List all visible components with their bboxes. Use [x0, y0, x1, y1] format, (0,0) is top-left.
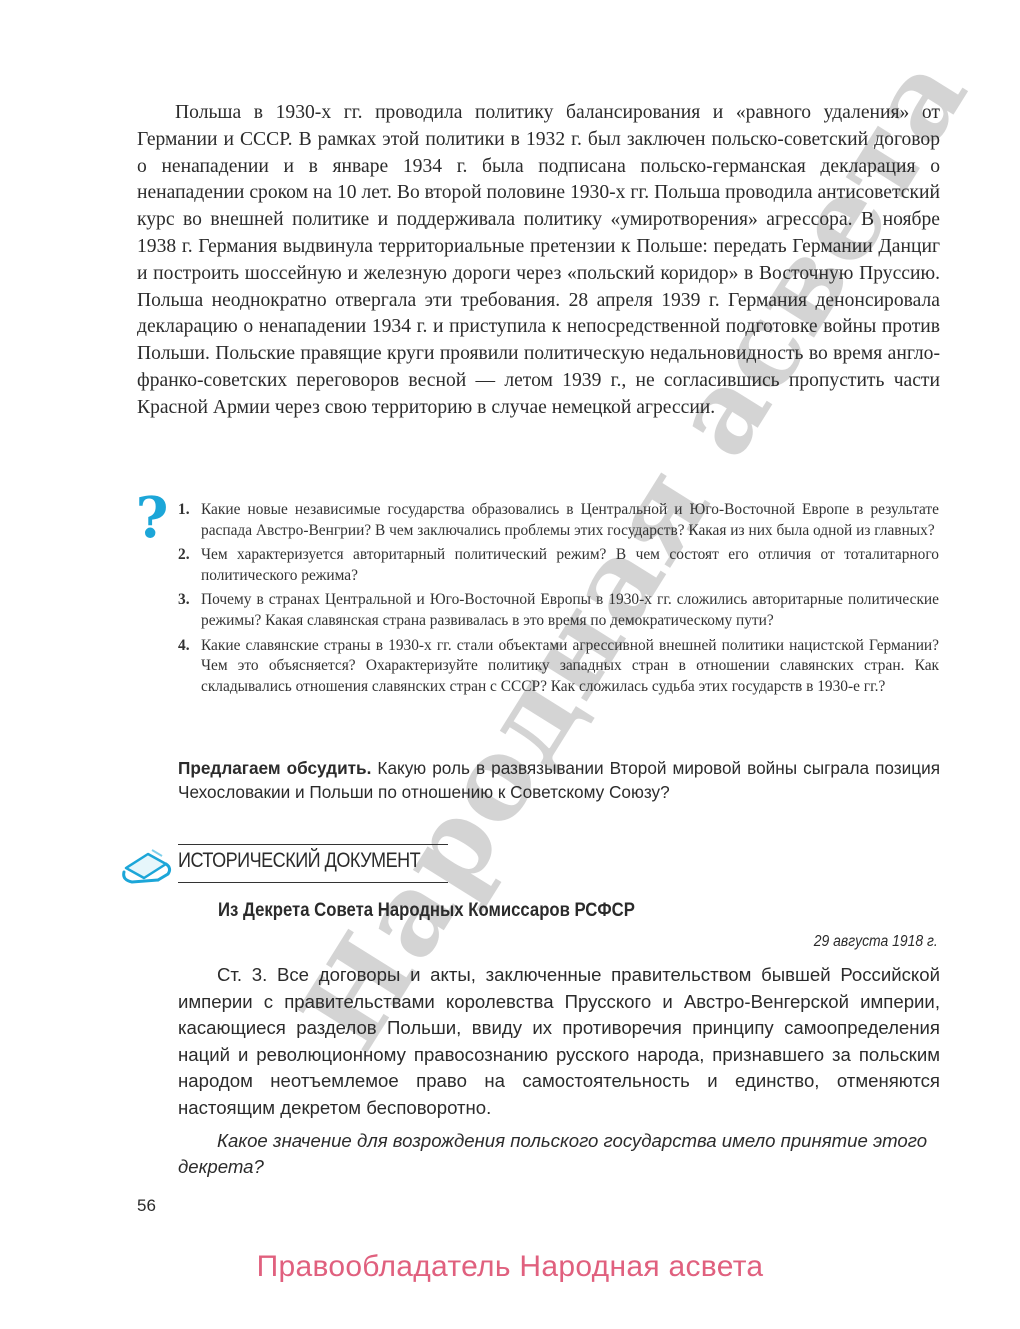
decree-text: Ст. 3. Все договоры и акты, заключенные …: [178, 962, 940, 1122]
question-text: Какие славянские страны в 1930-х гг. ста…: [201, 637, 939, 695]
question-item: 4.Какие славянские страны в 1930-х гг. с…: [176, 636, 939, 698]
question-item: 1.Какие новые независимые государства об…: [176, 500, 939, 541]
header-rule-top: [178, 844, 448, 845]
question-number: 4.: [178, 636, 190, 657]
copyright-footer: Правообладатель Народная асвета: [0, 1250, 1020, 1284]
section-heading: ИСТОРИЧЕСКИЙ ДОКУМЕНТ: [178, 849, 420, 873]
question-number: 2.: [178, 545, 190, 566]
question-item: 3.Почему в странах Центральной и Юго-Вос…: [176, 590, 939, 631]
question-text: Чем характеризуется авторитарный политич…: [201, 546, 939, 584]
decree-date: 29 августа 1918 г.: [814, 933, 938, 951]
discussion-label: Предлагаем обсудить.: [178, 758, 371, 778]
question-text: Почему в странах Центральной и Юго-Восто…: [201, 591, 939, 629]
textbook-page: Народная асвета Польша в 1930-х гг. пров…: [0, 0, 1020, 1329]
question-item: 2.Чем характеризуется авторитарный полит…: [176, 545, 939, 586]
review-questions-list: 1.Какие новые независимые государства об…: [176, 500, 939, 701]
header-rule-bottom: [178, 882, 448, 883]
page-number: 56: [137, 1196, 156, 1216]
decree-title: Из Декрета Совета Народных Комиссаров РС…: [218, 900, 635, 922]
question-number: 3.: [178, 590, 190, 611]
discussion-prompt: Предлагаем обсудить. Какую роль в развяз…: [178, 756, 940, 804]
historical-document-header: ИСТОРИЧЕСКИЙ ДОКУМЕНТ: [118, 844, 448, 884]
main-paragraph: Польша в 1930-х гг. проводила политику б…: [137, 100, 940, 422]
decree-question: Какое значение для возрождения польского…: [178, 1128, 940, 1180]
question-number: 1.: [178, 500, 190, 521]
question-text: Какие новые независимые государства обра…: [201, 501, 939, 539]
scroll-document-icon: [118, 846, 174, 886]
question-mark-icon: ?: [135, 488, 169, 548]
